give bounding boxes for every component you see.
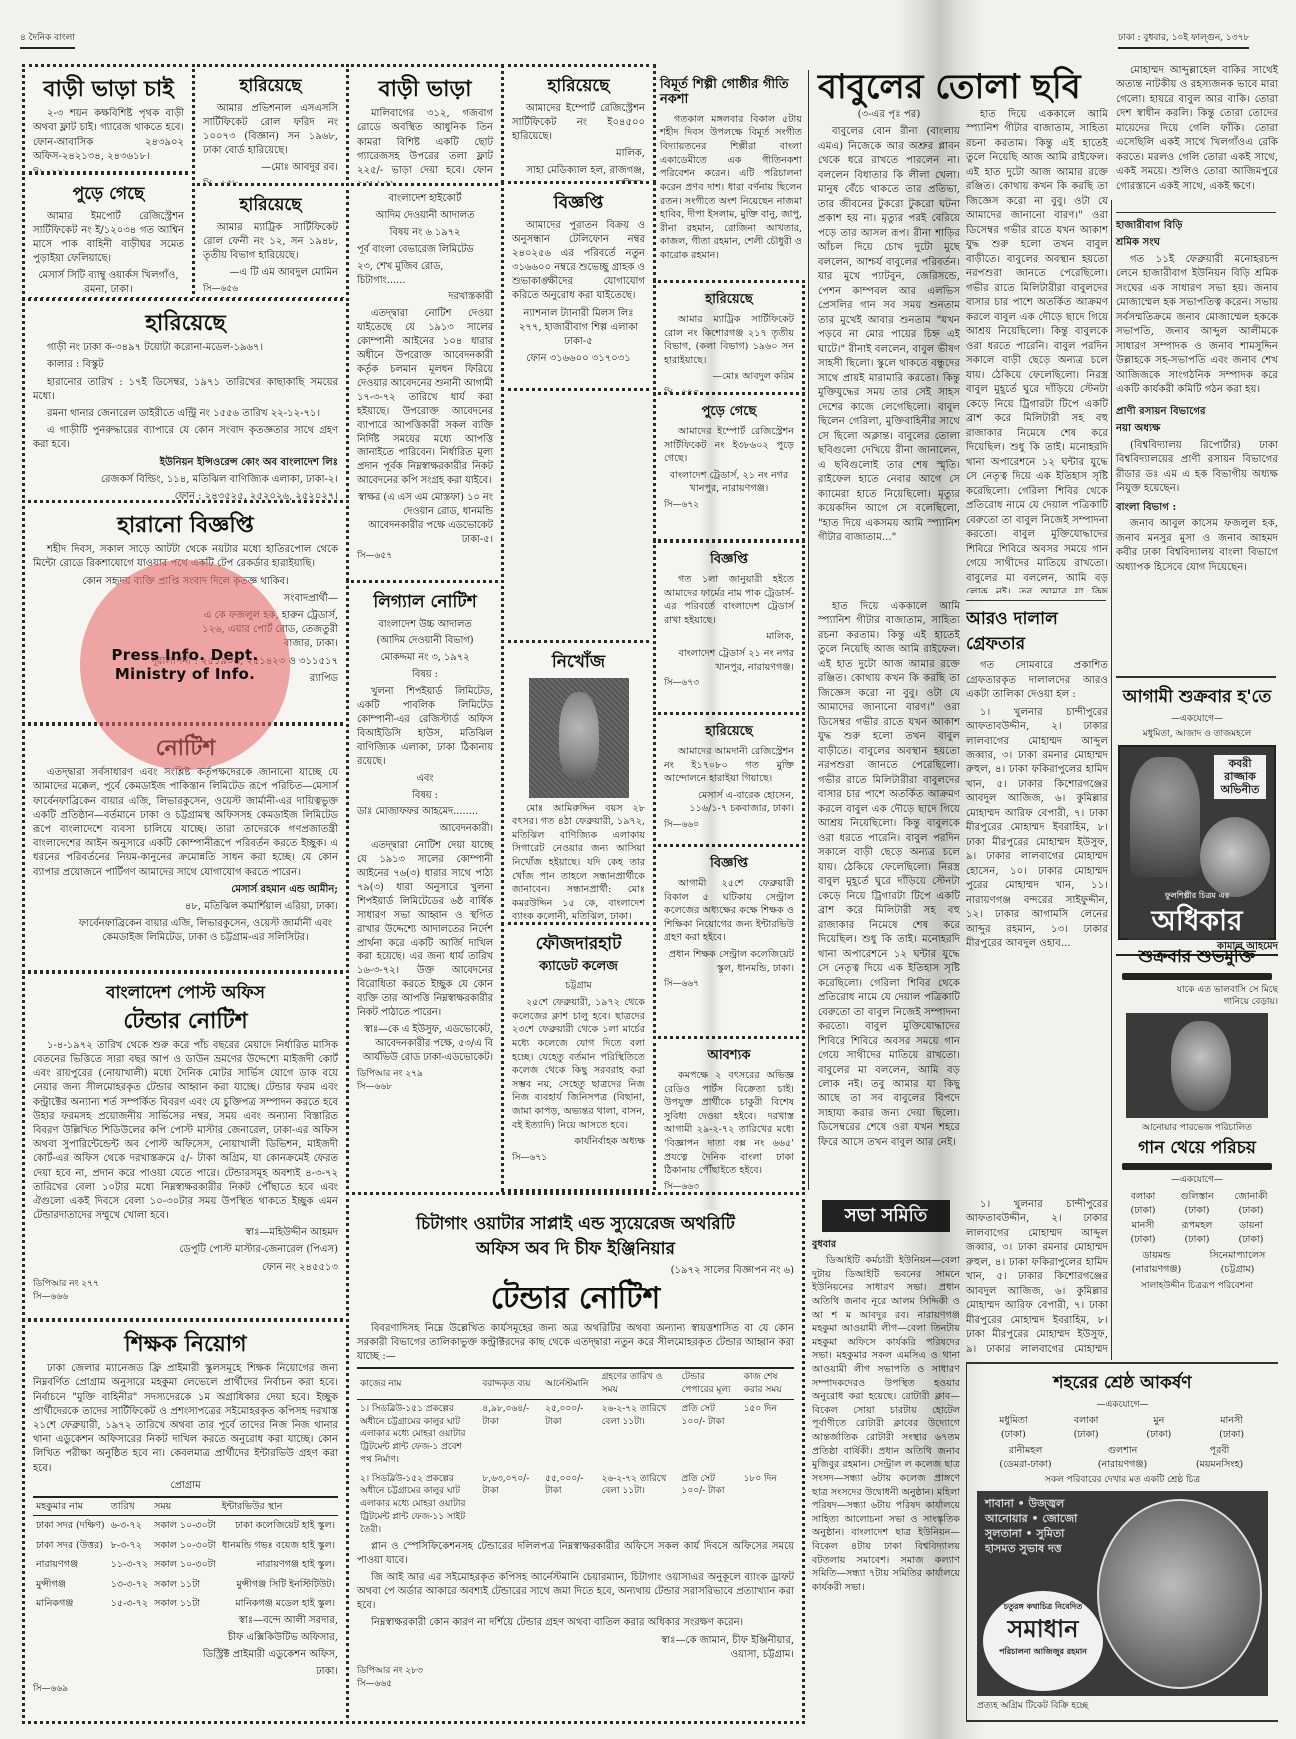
- ad-lost-1: হারিয়েছে আমার প্রভিশনাল এসএসসি সার্টিফি…: [192, 64, 349, 186]
- ad-missing-person: নিখোঁজ মোঃ আমিরুদ্দিন বয়স ২৮ বৎসর। গত ৪…: [501, 640, 656, 925]
- ad-code: সি—৬৬৮: [357, 1081, 493, 1094]
- feature-column-2: হাত দিয়ে এককালে আমি স্প্যানিশ গীটার বাজ…: [966, 108, 1108, 593]
- ad-highcourt-notice: বাংলাদেশ হাইকোর্ট আদিম দেওয়ানী আদালত বি…: [346, 183, 504, 583]
- film-title: গান থেয়ে পরিচয়: [1116, 1139, 1278, 1159]
- ad-code: সি—৬৬০: [664, 819, 794, 832]
- ad-code: সি—৬৭২: [664, 499, 794, 512]
- ad-title: হারিয়েছে: [512, 77, 645, 97]
- collaborator-list: ১। খুলনার চান্দীপুরের আফতাবউদ্দীন, ২। ঢা…: [966, 706, 1108, 952]
- ad-signature: ন্যাশনাল ট্যানারী মিলস লিঃ ২৭৭, হাজারীবা…: [512, 307, 645, 350]
- feature-column-1b: হাত দিয়ে এককালে আমি স্প্যানিশ গীটার বাজ…: [818, 600, 960, 1170]
- ad-signature: স্বাঃ—কে জামান, চীফ ইঞ্জিনীয়ার, ওয়াসা,…: [357, 1634, 794, 1662]
- ad-title: নিখোঁজ: [512, 653, 645, 673]
- ad-code: সি—৬৬৯: [33, 1683, 338, 1696]
- ad-title: পুড়ে গেছে: [33, 185, 184, 205]
- ad-title: বাড়ী ভাড়া: [357, 77, 493, 102]
- news-title: সভা সমিতি: [822, 1200, 950, 1232]
- cinema-header: আগামী শুক্রবার হ'তে: [1116, 688, 1278, 708]
- ad-title: পুড়ে গেছে: [664, 405, 794, 420]
- news-body: গত সোমবারে প্রকাশিত গ্রেফতারকৃত দালালদের…: [966, 659, 1108, 702]
- article-body: মোহাম্মদ আব্দুল্লাহেল বাকির সাথেই অত্যন্…: [1116, 64, 1278, 194]
- news-meetings: সভা সমিতি বুধবার ডিআইটি কর্মচারী ইউনিয়ন…: [812, 1198, 960, 1718]
- ad-title: টেন্ডার নোটিশ: [357, 1282, 794, 1317]
- ad-lost-2: হারিয়েছে আমার ম্যাট্রিক সার্টিফিকেট রোল…: [192, 183, 349, 300]
- ad-signature: স্বাঃ—বন্দে আলী সরদার,: [33, 1614, 338, 1628]
- ad-body: আগামী ২৫শে ফেব্রুয়ারী বিকাল ৫ ঘটিকায় স…: [664, 877, 794, 945]
- ad-signature: বাংলাদেশ ট্রেডার্স ২১ নং নগর খানপুর, নার…: [664, 647, 794, 674]
- ad-title: হারানো বিজ্ঞপ্তি: [33, 513, 338, 538]
- ad-body: আমাদের পুরাতন বিক্রয় ও অনুসন্ধান টেলিফো…: [512, 219, 645, 304]
- ad-title: লিগ্যাল নোটিশ: [357, 593, 493, 613]
- ad-signature: বাংলাদেশ ট্রেডার্স, ২১ নং নগর খানপুর, না…: [664, 469, 794, 496]
- ad-title: হারিয়েছে: [203, 77, 338, 97]
- ad-body: ১-৪-১৯৭২ তারিখ থেকে শুরু করে পাঁচ বছরের …: [33, 1039, 338, 1223]
- ad-lost-4: হারিয়েছে আমার ম্যাট্রিক সার্টিফিকেট রোল…: [653, 280, 805, 395]
- ad-title: বিজ্ঞপ্তি: [512, 194, 645, 214]
- poster-figure: [1097, 1499, 1262, 1689]
- ad-title: হারিয়েছে: [664, 293, 794, 308]
- ad-body: মোঃ আমিরুদ্দিন বয়স ২৮ বৎসর। গত ৪ঠা ফেব্…: [512, 802, 645, 924]
- cinema-ad-gaan: শুক্রবার শুভমুক্তি যাকে এত ভালবাসি সে মি…: [1116, 944, 1278, 1296]
- ad-burnt-1: পুড়ে গেছে আমার ইমপোর্ট রেজিস্ট্রেশন সার…: [22, 172, 195, 300]
- ad-body: আমার ম্যাট্রিক সার্টিফিকেট রোল নং কিশোরগ…: [664, 313, 794, 367]
- ad-body: ২-৩ শয়ন কক্ষবিশিষ্ট পৃথক বাড়ী অথবা ফ্ল…: [33, 107, 184, 164]
- ad-signature: মেসার্স সিটি ব্যাম্বু ওয়ার্কস খিলগাঁও, …: [33, 269, 184, 297]
- ad-signature: মেসার্স এ-বারেক হোসেন, ১১৬/১-৭ চকবাজার, …: [664, 789, 794, 816]
- news-body: গত ১১ই ফেব্রুয়ারী মনোহরচন্দ লেনে হাজারী…: [1116, 253, 1278, 398]
- ad-code: সি—৬৬৬: [33, 1291, 338, 1304]
- ad-teacher-recruitment: শিক্ষক নিয়োগ ঢাকা জেলার ম্যানেজড ফ্রি প…: [22, 1319, 349, 1724]
- ad-notice-interview: বিজ্ঞপ্তি আগামী ২৫শে ফেব্রুয়ারী বিকাল ৫…: [653, 844, 805, 1039]
- cinema-ad-adhikar: আগামী শুক্রবার হ'তে —একযোগে— মধুমিতা, আজ…: [1116, 684, 1278, 959]
- ad-notice-firm-name: বিজ্ঞপ্তি গত ১লা জানুয়ারী হইতে আমাদের ফ…: [653, 540, 805, 715]
- article-body: বাবুলের বোন রীনা (বাংলায় এমএ) নিজেকে আর…: [818, 125, 960, 545]
- ad-code: সি—৬৬৭: [664, 978, 794, 991]
- ad-body: এতদ্দ্বারা নোটিশ দেওয়া যাইতেছে যে ১৯১৩ …: [357, 307, 493, 488]
- ad-signature: স্বাঃ—কে এ ইউসুফ, এডভোকেট, আবেদনকারীর পক…: [357, 1023, 493, 1065]
- masthead-right: ঢাকা : বুধবার, ১০ই ফাল্গুন, ১৩৭৮: [1118, 32, 1249, 49]
- news-title: হাজারীবাগ বিড়ি: [1116, 218, 1278, 232]
- table-row: ১। সিডব্লিউ-১৫১ প্রকল্পের অধীনে চট্টগ্রা…: [357, 1399, 794, 1469]
- poster-figure: [1200, 817, 1270, 897]
- poster-figure: [1171, 1021, 1231, 1111]
- table-row: নারায়ণগঞ্জ১১-৩-৭২সকাল ১০-৩০টানারায়ণগঞ্…: [33, 1555, 338, 1574]
- table-row: ঢাকা সদর (দক্ষিণ)৬-৩-৭২সকাল ১০-৩০টাঢাকা …: [33, 1516, 338, 1536]
- ad-legal-notice: লিগ্যাল নোটিশ বাংলাদেশ উচ্চ আদালত (আদিম …: [346, 580, 504, 1195]
- cinema-hall-list: বলাকা(ঢাকা) গুলিস্তান(ঢাকা) জোনাকী(ঢাকা)…: [1116, 1190, 1278, 1246]
- ad-cadet-college: ফৌজদারহাট ক্যাডেট কলেজ চট্টগ্রাম ২৫শে ফে…: [501, 922, 656, 1192]
- ad-title: ফৌজদারহাট: [512, 935, 645, 955]
- table-row: ঢাকা সদর (উত্তর)৮-৩-৭২সকাল ১০-৩০টাধানমন্…: [33, 1536, 338, 1555]
- ad-title: আবশ্যক: [664, 1049, 794, 1064]
- ad-signature: মেসার্স রহমান এন্ড আমীন;: [33, 883, 338, 897]
- ad-code: সি—৬৬৫: [357, 1678, 794, 1691]
- feature-column-1: (৩-এর পৃঃ পর) বাবুলের বোন রীনা (বাংলায় …: [818, 108, 960, 549]
- article-title: বিমূর্ত শিল্পী গোষ্ঠীর গীতি নকশা: [660, 78, 802, 108]
- ad-title: হারিয়েছে: [664, 725, 794, 740]
- ad-header: বাংলাদেশ পোস্ট অফিস: [33, 984, 338, 1004]
- ad-signature: প্রধান শিক্ষক সেন্ট্রাল কলেজিয়েট স্কুল,…: [664, 948, 794, 975]
- ad-code: সি—৬৭১: [512, 1152, 645, 1165]
- press-info-stamp: Press Info. Dept. Ministry of Info.: [80, 560, 290, 770]
- ad-post-office-tender: বাংলাদেশ পোস্ট অফিস টেন্ডার নোটিশ ১-৪-১৯…: [22, 971, 349, 1321]
- ad-title: শিক্ষক নিয়োগ: [33, 1332, 338, 1357]
- feature-column-3: মোহাম্মদ আব্দুল্লাহেল বাকির সাথেই অত্যন্…: [1116, 64, 1278, 197]
- article-bimurto: বিমূর্ত শিল্পী গোষ্ঠীর গীতি নকশা গতকাল ম…: [660, 74, 802, 266]
- ad-house-rent: বাড়ী ভাড়া মালিবাগের ৩১২, গজবাগ রোডে অব…: [346, 64, 504, 186]
- ad-body: আমাদের ইম্পোর্ট রেজিস্ট্রেশন সার্টিফিকেট…: [512, 102, 645, 145]
- news-body: (বিশ্ববিদ্যালয় রিপোর্টার) ঢাকা বিশ্ববিদ…: [1116, 439, 1278, 497]
- ad-body: আমার ইমপোর্ট রেজিস্ট্রেশন সার্টিফিকেট নং…: [33, 210, 184, 267]
- ad-title: হারিয়েছে: [33, 311, 338, 336]
- ad-wasa-tender: চিটাগাং ওয়াটার সাপ্লাই এন্ড স্যুয়েরেজ …: [346, 1192, 805, 1724]
- table-row: ২। সিডব্লিউ-১৫২ প্রকল্পের অধীনে চট্টগ্রা…: [357, 1470, 794, 1540]
- gaan-poster: [1126, 1013, 1268, 1118]
- ad-lost-car: হারিয়েছে গাড়ী নং ঢাকা ক-৩৪৯৭ টয়োটা কর…: [22, 298, 349, 503]
- ad-signature: —মোঃ আবদুর রব।: [203, 161, 338, 175]
- ad-body: আমাদের ইম্পোর্ট রেজিস্ট্রেশন সার্টিফিকেট…: [664, 425, 794, 466]
- interview-schedule-table: মহকুমার নাম তারিখ সময় ইন্টারভিউর স্থান …: [33, 1496, 338, 1614]
- ad-signature: কার্যনির্বাহক অধ্যক্ষ: [512, 1135, 645, 1149]
- ad-signature: স্বাক্ষর (এ এস এম মোস্তফা) ১০ নং দেওয়ান…: [357, 491, 493, 547]
- ad-house-rent-wanted: বাড়ী ভাড়া চাই ২-৩ শয়ন কক্ষবিশিষ্ট পৃথ…: [22, 64, 195, 174]
- ad-body: এতদ্দ্বারা নোটিশ দেয়া যাচ্ছে যে ১৯১৩ সা…: [357, 839, 493, 1020]
- cinema-ad-shomadhan: শহরের শ্রেষ্ঠ আকর্ষণ —একযোগে— মধুমিতা(ঢা…: [966, 1362, 1278, 1722]
- ad-lost-5: হারিয়েছে আমাদের আমদানী রেজিস্ট্রেশন নং …: [653, 712, 805, 847]
- news-collaborators-arrested: আরও দালাল গ্রেফতার গত সোমবারে প্রকাশিত গ…: [966, 606, 1108, 1196]
- adhikar-poster: কবরী রাজ্জাক অভিনীত ফুলশিল্পীর চিত্রম এর…: [1118, 745, 1276, 940]
- cinema-hall-list: মধুমিতা(ঢাকা) বলাকা(ঢাকা) মুন(ঢাকা) মানস…: [977, 1414, 1268, 1441]
- ad-header: চিটাগাং ওয়াটার সাপ্লাই এন্ড স্যুয়েরেজ …: [357, 1215, 794, 1235]
- news-hazaribagh: হাজারীবাগ বিড়ি শ্রমিক সংঘ গত ১১ই ফেব্রু…: [1116, 218, 1278, 578]
- masthead-left: ৪ দৈনিক বাংলা: [20, 32, 75, 49]
- ad-body: গত ১লা জানুয়ারী হইতে আমাদের ফার্মের নাম…: [664, 573, 794, 627]
- news-collaborators-continued: ১। খুলনার চান্দীপুরের আফতাবউদ্দীন, ২। ঢা…: [966, 1198, 1108, 1358]
- film-logo: চতুরঙ্গ কথাচিত্র নিবেদিত সমাধান পরিচালনা…: [983, 1591, 1103, 1691]
- news-body: ডিআইটি কর্মচারী ইউনিয়ন—বেলা দুটায় ডিআই…: [812, 1254, 960, 1594]
- table-row: মুন্সীগঞ্জ১৩-৩-৭২সকাল ১১টামুন্সীগঞ্জ সিট…: [33, 1575, 338, 1594]
- cinema-header: শহরের শ্রেষ্ঠ আকর্ষণ: [977, 1374, 1268, 1394]
- ad-body: মালিবাগের ৩১২, গজবাগ রোডে অবস্থিত আধুনিক…: [357, 107, 493, 186]
- article-body: গতকাল মঙ্গলবার বিকাল ৫টায় শহীদ দিবস উপল…: [660, 113, 802, 263]
- shomadhan-poster: শাবানা • উজ্জ্বল আনোয়ার • জোজো সুলতানা …: [977, 1491, 1268, 1696]
- ad-title: টেন্ডার নোটিশ: [33, 1009, 338, 1034]
- ad-signature: স্বাঃ—মহিউদ্দীন আহমদ: [33, 1226, 338, 1240]
- poster-figure: [1130, 757, 1200, 877]
- ad-code: সি—৬৫৭: [357, 550, 493, 563]
- ad-title: বাড়ী ভাড়া চাই: [33, 77, 184, 102]
- ad-body: আমার প্রভিশনাল এসএসসি সার্টিফিকেট রোল ফর…: [203, 102, 338, 159]
- ad-body: কমপক্ষে ২ বৎসরের অভিজ্ঞ রেডিও পার্টস বিক…: [664, 1069, 794, 1178]
- missing-person-photo: [529, 678, 629, 798]
- tender-table: কাজের নাম বরাদ্দকৃত ব্যয় আর্নেস্টমানি গ…: [357, 1367, 794, 1539]
- ad-code: সি—৬৫৬: [203, 283, 338, 296]
- ad-body: আমাদের আমদানী রেজিস্ট্রেশন নং ই১৭০৮০ গত …: [664, 745, 794, 786]
- table-row: মানিকগঞ্জ১৫-৩-৭২সকাল ১১টামানিকগঞ্জ মডেল …: [33, 1594, 338, 1613]
- film-title: সমাধান: [983, 1612, 1103, 1646]
- ad-notice-telephone: বিজ্ঞপ্তি আমাদের পুরাতন বিক্রয় ও অনুসন্…: [501, 181, 656, 391]
- ad-title: হারিয়েছে: [203, 196, 338, 216]
- ad-header: বাংলাদেশ হাইকোর্ট: [357, 192, 493, 206]
- ad-body: এতদ্দ্বারা সর্বসাধারণ এবং সংশ্লিষ্ট কর্ত…: [33, 766, 338, 880]
- ad-body: ২৫শে ফেব্রুয়ারী, ১৯৭২ থেকে কলেজের ক্লাশ…: [512, 996, 645, 1132]
- film-title: অধিকার: [1120, 901, 1274, 940]
- ad-wanted: আবশ্যক কমপক্ষে ২ বৎসরের অভিজ্ঞ রেডিও পার…: [653, 1036, 805, 1196]
- ad-title: বিজ্ঞপ্তি: [664, 553, 794, 568]
- ad-code: সি—৬৭৩: [664, 677, 794, 690]
- ad-signature: —মোঃ আবদুল করিম: [664, 370, 794, 384]
- news-title: প্রাণী রসায়ন বিভাগের: [1116, 404, 1278, 418]
- article-body: হাত দিয়ে এককালে আমি স্প্যানিশ গীটার বাজ…: [966, 108, 1108, 593]
- ad-body: আমার ম্যাট্রিক সার্টিফিকেট রোল ফেনী নং ১…: [203, 221, 338, 264]
- ad-signature: —এ টি এম আবদুল মোমিন: [203, 266, 338, 280]
- ad-burnt-2: পুড়ে গেছে আমাদের ইম্পোর্ট রেজিস্ট্রেশন …: [653, 392, 805, 542]
- ad-body: ঢাকা জেলার ম্যানেজড ফ্রি প্রাইমারী স্কুল…: [33, 1362, 338, 1476]
- cinema-header: শুক্রবার শুভমুক্তি: [1116, 948, 1278, 968]
- feature-headline: বাবুলের তোলা ছবি: [818, 64, 1108, 112]
- news-title: আরও দালাল: [966, 610, 1108, 630]
- ad-title: বিজ্ঞপ্তি: [664, 857, 794, 872]
- ad-lost-3: হারিয়েছে আমাদের ইম্পোর্ট রেজিস্ট্রেশন স…: [501, 64, 656, 184]
- ad-signature: ইউনিয়ন ইন্সিওরেন্স কোং অব বাংলাদেশ লিঃ: [33, 456, 338, 470]
